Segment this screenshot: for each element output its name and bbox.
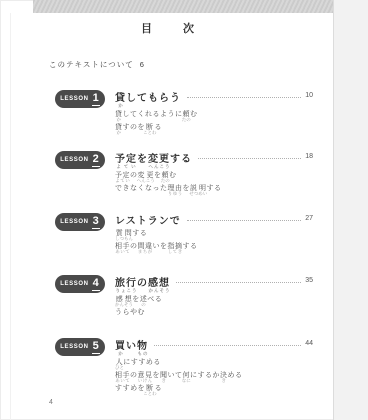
- toc-sub-item: 質問しつもんする: [115, 229, 313, 241]
- lesson-page-number: 10: [305, 92, 313, 99]
- lesson-badge-number: 3: [92, 216, 100, 229]
- toc-sub-item: 相手あいての意見いけんを聞きいて何なににするか決きめる: [115, 371, 313, 383]
- toc-lesson-row: LESSON 4 旅行りょこうの感想かんそう 35 感想かんそうを述のべるうらや…: [55, 274, 313, 318]
- lesson-sub-items: 感想かんそうを述のべるうらやむ: [115, 295, 313, 317]
- lesson-badge-number: 1: [92, 93, 100, 106]
- book-toc-page: 目 次 このテキストについて6 LESSON 1 貸かしてもらう 10 貸かして…: [0, 0, 368, 420]
- dotted-leader: [187, 89, 301, 98]
- lesson-body: 貸かしてもらう 10 貸かしてくれるように頼たのむ貸かすのを断ことわる: [115, 89, 313, 136]
- page-title: 目 次: [0, 20, 335, 36]
- lesson-badge: LESSON 3: [55, 213, 105, 231]
- lesson-body: 買かい物もの 44 人ひとにすすめる相手あいての意見いけんを聞きいて何なににする…: [115, 337, 313, 397]
- toc-sub-item: 相手あいての間違まちがいを指摘してきする: [115, 242, 313, 254]
- lesson-badge-number: 4: [92, 278, 100, 291]
- toc-lesson-row: LESSON 2 予定よていを変更へんこうする 18 予定よていの変更へんこうを…: [55, 150, 313, 197]
- lesson-sub-items: 人ひとにすすめる相手あいての意見いけんを聞きいて何なににするか決きめるすすめを断…: [115, 358, 313, 396]
- toc-sub-item: 人ひとにすすめる: [115, 358, 313, 370]
- lesson-title-line: 貸かしてもらう 10: [115, 89, 313, 108]
- lesson-title: 予定よていを変更へんこうする: [115, 150, 192, 169]
- lesson-badge-label: LESSON: [60, 157, 88, 163]
- toc-lesson-row: LESSON 1 貸かしてもらう 10 貸かしてくれるように頼たのむ貸かすのを断…: [55, 89, 313, 136]
- page-left-fold: [10, 13, 11, 420]
- lesson-title: レストランで: [115, 212, 181, 227]
- toc-sub-item: うらやむ: [115, 308, 313, 317]
- book-cover-edge: [33, 0, 335, 13]
- lesson-page-number: 44: [305, 340, 313, 347]
- lesson-badge: LESSON 4: [55, 275, 105, 293]
- lesson-page-number: 27: [305, 215, 313, 222]
- page-right-edge: [333, 0, 368, 420]
- lesson-badge: LESSON 1: [55, 90, 105, 108]
- toc-sub-item: 貸かすのを断ことわる: [115, 123, 313, 135]
- about-text-entry: このテキストについて6: [49, 59, 145, 70]
- dotted-leader: [176, 274, 301, 283]
- dotted-leader: [187, 212, 302, 221]
- toc-lesson-row: LESSON 5 買かい物もの 44 人ひとにすすめる相手あいての意見いけんを聞…: [55, 337, 313, 397]
- footer-page-number: 4: [49, 399, 53, 406]
- lesson-title-line: 予定よていを変更へんこうする 18: [115, 150, 313, 169]
- toc-lesson-row: LESSON 3 レストランで 27 質問しつもんする相手あいての間違まちがいを…: [55, 212, 313, 255]
- dotted-leader: [154, 337, 301, 346]
- about-text-label: このテキストについて: [49, 60, 134, 69]
- lesson-badge-number: 5: [92, 341, 100, 354]
- lesson-sub-items: 貸かしてくれるように頼たのむ貸かすのを断ことわる: [115, 110, 313, 135]
- lesson-title-line: 旅行りょこうの感想かんそう 35: [115, 274, 313, 293]
- lesson-badge-label: LESSON: [60, 344, 88, 350]
- lesson-title: 旅行りょこうの感想かんそう: [115, 274, 170, 293]
- toc-sub-item: すすめを断ことわる: [115, 384, 313, 396]
- lesson-badge-number: 2: [92, 154, 100, 167]
- toc-sub-item: できなくなった理由りゆうを説明せつめいする: [115, 184, 313, 196]
- lesson-badge-label: LESSON: [60, 281, 88, 287]
- dotted-leader: [198, 150, 301, 159]
- lesson-page-number: 18: [305, 153, 313, 160]
- lesson-title-line: 買かい物もの 44: [115, 337, 313, 356]
- toc-sub-item: 予定よていの変更へんこうを頼たのむ: [115, 171, 313, 183]
- lesson-title: 貸かしてもらう: [115, 89, 181, 108]
- lesson-page-number: 35: [305, 277, 313, 284]
- lesson-body: レストランで 27 質問しつもんする相手あいての間違まちがいを指摘してきする: [115, 212, 313, 255]
- lesson-badge-label: LESSON: [60, 96, 88, 102]
- lesson-body: 予定よていを変更へんこうする 18 予定よていの変更へんこうを頼たのむできなくな…: [115, 150, 313, 197]
- about-text-page-number: 6: [140, 60, 145, 69]
- lesson-sub-items: 予定よていの変更へんこうを頼たのむできなくなった理由りゆうを説明せつめいする: [115, 171, 313, 196]
- toc-sub-item: 貸かしてくれるように頼たのむ: [115, 110, 313, 122]
- lesson-title: 買かい物もの: [115, 337, 148, 356]
- lesson-badge-label: LESSON: [60, 219, 88, 225]
- lesson-badge: LESSON 5: [55, 338, 105, 356]
- toc-sub-item: 感想かんそうを述のべる: [115, 295, 313, 307]
- lesson-badge: LESSON 2: [55, 151, 105, 169]
- lesson-body: 旅行りょこうの感想かんそう 35 感想かんそうを述のべるうらやむ: [115, 274, 313, 318]
- lesson-title-line: レストランで 27: [115, 212, 313, 227]
- lesson-sub-items: 質問しつもんする相手あいての間違まちがいを指摘してきする: [115, 229, 313, 254]
